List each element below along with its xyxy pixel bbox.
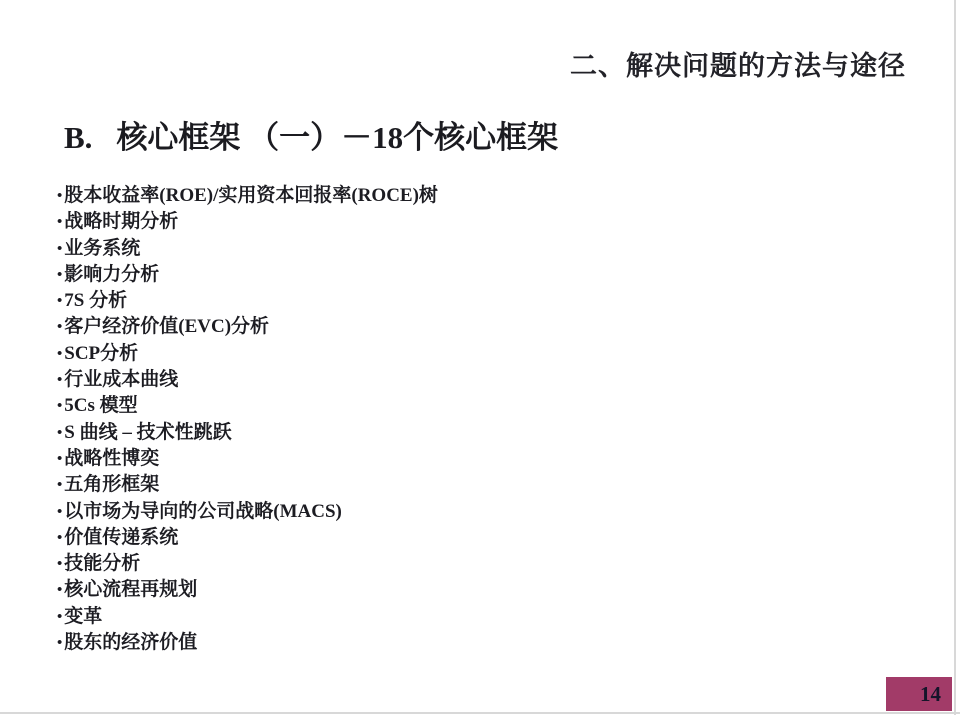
bullet-text: 5Cs 模型 <box>64 395 137 416</box>
list-item: •战略时期分析 <box>57 209 438 235</box>
list-item: •SCP分析 <box>57 341 438 367</box>
bullet-icon: • <box>57 556 62 572</box>
list-item: •战略性博奕 <box>57 446 438 472</box>
bullet-text: 行业成本曲线 <box>64 369 178 390</box>
bullet-icon: • <box>57 582 62 598</box>
bullet-icon: • <box>57 530 62 546</box>
list-item: •行业成本曲线 <box>57 367 438 393</box>
slide-title-text: 核心框架 （一）－18个核心框架 <box>116 120 558 155</box>
right-border-line <box>954 0 956 715</box>
list-item: •5Cs 模型 <box>57 393 438 419</box>
list-item: •变革 <box>57 604 438 630</box>
bullet-text: S 曲线 – 技术性跳跃 <box>64 422 231 443</box>
bullet-icon: • <box>57 346 62 362</box>
list-item: •股本收益率(ROE)/实用资本回报率(ROCE)树 <box>57 183 438 209</box>
bullet-text: 五角形框架 <box>64 474 159 495</box>
list-item: •五角形框架 <box>57 472 438 498</box>
bullet-text: SCP分析 <box>64 343 138 364</box>
bullet-text: 战略性博奕 <box>64 448 159 469</box>
list-item: •技能分析 <box>57 551 438 577</box>
bullet-text: 股本收益率(ROE)/实用资本回报率(ROCE)树 <box>64 185 438 206</box>
page-number: 14 <box>920 682 941 707</box>
list-item: •客户经济价值(EVC)分析 <box>57 314 438 340</box>
bullet-icon: • <box>57 267 62 283</box>
list-item: •业务系统 <box>57 236 438 262</box>
bullet-icon: • <box>57 504 62 520</box>
list-item: •价值传递系统 <box>57 525 438 551</box>
bullet-text: 影响力分析 <box>64 264 159 285</box>
bullet-text: 客户经济价值(EVC)分析 <box>64 316 269 337</box>
bullet-icon: • <box>57 609 62 625</box>
bottom-border-line <box>0 712 960 714</box>
bullet-list: •股本收益率(ROE)/实用资本回报率(ROCE)树•战略时期分析•业务系统•影… <box>57 183 438 656</box>
list-item: •7S 分析 <box>57 288 438 314</box>
bullet-icon: • <box>57 635 62 651</box>
bullet-text: 战略时期分析 <box>64 211 178 232</box>
bullet-icon: • <box>57 425 62 441</box>
bullet-text: 价值传递系统 <box>64 527 178 548</box>
bullet-text: 股东的经济价值 <box>64 632 197 653</box>
bullet-icon: • <box>57 214 62 230</box>
bullet-text: 技能分析 <box>64 553 140 574</box>
list-item: •影响力分析 <box>57 262 438 288</box>
bullet-icon: • <box>57 188 62 204</box>
list-item: •S 曲线 – 技术性跳跃 <box>57 420 438 446</box>
slide-title-prefix: B. <box>64 120 92 155</box>
bullet-icon: • <box>57 398 62 414</box>
bullet-text: 业务系统 <box>64 238 140 259</box>
bullet-icon: • <box>57 319 62 335</box>
bullet-text: 核心流程再规划 <box>64 579 197 600</box>
slide-section-header: 二、解决问题的方法与途径 <box>570 44 906 83</box>
bullet-icon: • <box>57 477 62 493</box>
bullet-text: 变革 <box>64 606 102 627</box>
list-item: •核心流程再规划 <box>57 577 438 603</box>
list-item: •股东的经济价值 <box>57 630 438 656</box>
page-number-badge: 14 <box>886 677 952 711</box>
bullet-text: 以市场为导向的公司战略(MACS) <box>64 501 342 522</box>
list-item: •以市场为导向的公司战略(MACS) <box>57 499 438 525</box>
bullet-icon: • <box>57 451 62 467</box>
bullet-text: 7S 分析 <box>64 290 127 311</box>
slide-title: B.核心框架 （一）－18个核心框架 <box>64 112 558 157</box>
bullet-icon: • <box>57 241 62 257</box>
bullet-icon: • <box>57 372 62 388</box>
bullet-icon: • <box>57 293 62 309</box>
presentation-slide: 二、解决问题的方法与途径 B.核心框架 （一）－18个核心框架 •股本收益率(R… <box>0 0 960 715</box>
